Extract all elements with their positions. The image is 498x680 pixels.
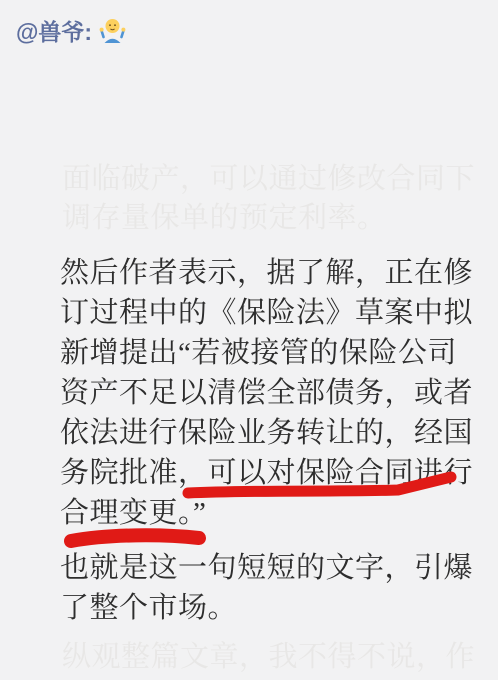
post-header: @兽爷: — [16, 14, 126, 47]
body-line: 然后作者表示，据了解，正在修 — [60, 253, 473, 293]
body-line: 新增提出“若被接管的保险公司 — [60, 333, 473, 373]
author-handle[interactable]: @兽爷: — [16, 14, 92, 47]
shrug-emoji — [99, 17, 126, 44]
body-line: 了整个市场。 — [60, 588, 473, 628]
body-line: 订过程中的《保险法》草案中拟 — [60, 293, 473, 333]
body-line: 也就是这一句短短的文字，引爆 — [60, 548, 473, 588]
faded-paragraph-bottom: 纵观整篇文章，我不得不说，作 — [62, 638, 475, 677]
red-underline-2-annotation — [71, 535, 199, 541]
post-screenshot: @兽爷: 面临破产，可以通过修改合同下 调存量保单的预定利率。 然后作者 — [0, 0, 498, 680]
body-line: 资产不足以清偿全部债务，或者 — [60, 373, 473, 413]
main-paragraph: 然后作者表示，据了解，正在修 订过程中的《保险法》草案中拟 新增提出“若被接管的… — [60, 253, 473, 533]
faded-bottom-line: 纵观整篇文章，我不得不说，作 — [62, 638, 475, 677]
body-line: 务院批准，可以对保险合同进行 — [60, 453, 473, 493]
body-line: 依法进行保险业务转让的，经国 — [60, 413, 473, 453]
conclusion-paragraph: 也就是这一句短短的文字，引爆 了整个市场。 — [60, 548, 473, 628]
faded-paragraph-top: 面临破产，可以通过修改合同下 调存量保单的预定利率。 — [62, 160, 475, 238]
faded-top-line: 面临破产，可以通过修改合同下 — [62, 160, 475, 199]
body-line: 合理变更。” — [60, 493, 473, 533]
faded-top-line: 调存量保单的预定利率。 — [62, 199, 475, 238]
